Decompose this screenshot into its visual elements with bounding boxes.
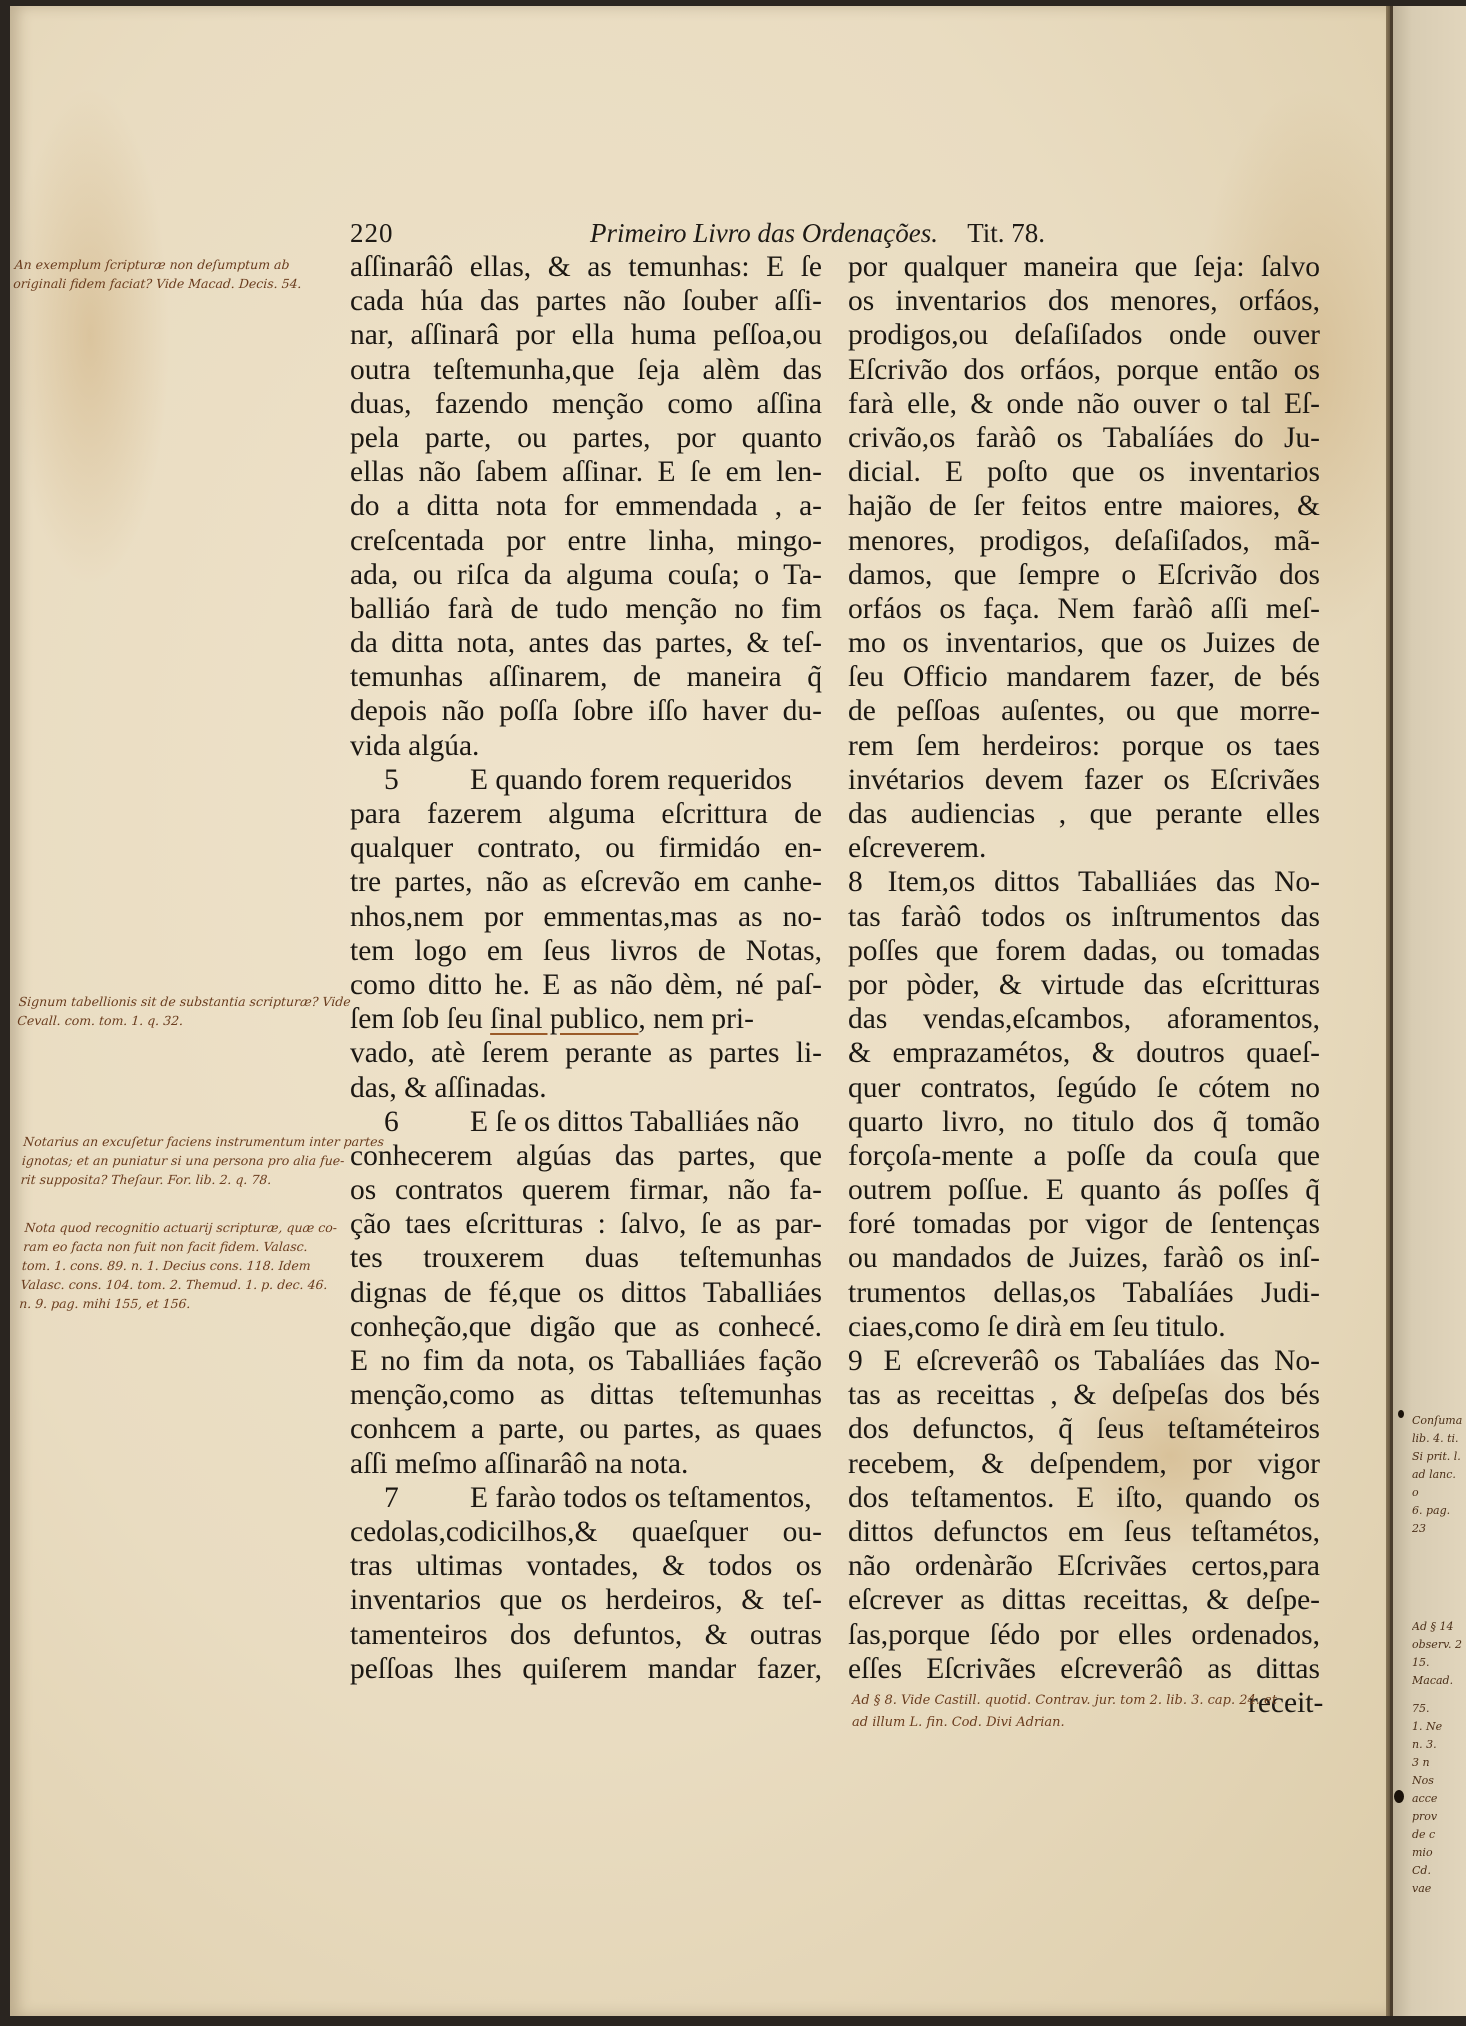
note-line: rit supposita? Theſaur. For. lib. 2. q. … (20, 1170, 382, 1189)
text-line: tamenteiros dos defuntos, & outras (350, 1618, 822, 1652)
text-line: ada, ou riſca da alguma couſa; o Ta- (350, 558, 822, 592)
title-number: Tit. 78. (967, 218, 1045, 249)
text-line: conhcem a parte, ou partes, as quaes (350, 1412, 822, 1446)
note-line: vae (1412, 1880, 1466, 1898)
text-line: os contratos querem firmar, não fa- (350, 1173, 822, 1207)
edge-note: 75. 1. Ne n. 3. 3 n Nos acce prov de c m… (1412, 1700, 1466, 1898)
note-line: Cd. (1412, 1862, 1466, 1880)
note-line: n. 3. (1412, 1736, 1466, 1754)
paragraph-6: 6E ſe os dittos Taballiáes não conhecere… (350, 1105, 822, 1481)
text-line: tas faràô todos os inſtrumentos das (848, 900, 1320, 934)
note-line: Ad § 14 (1412, 1618, 1466, 1636)
text-line: ſas,porque ſédo por elles ordenados, (848, 1618, 1320, 1652)
text-line: tras ultimas vontades, & todos os (350, 1549, 822, 1583)
text-line: ção taes eſcritturas : ſalvo, ſe as par- (350, 1207, 822, 1241)
text-line: tes trouxerem duas teſtemunhas (350, 1241, 822, 1275)
text-line: E eſcreverâô os Tabalíáes das No- (884, 1345, 1321, 1377)
note-line: ad illum L. fin. Cod. Divi Adrian. (852, 1712, 1277, 1734)
text-line: creſcentada por entre linha, mingo- (350, 524, 822, 558)
note-line: Conſuma (1412, 1412, 1466, 1430)
text-line: crivão,os faràô os Tabalíáes do Ju- (848, 421, 1320, 455)
text-line: orfáos os faça. Nem faràô aſſi meſ- (848, 592, 1320, 626)
text-line: & emprazamétos, & doutros quaeſ- (848, 1036, 1320, 1070)
text-line: ou mandados de Juizes, faràô os inſ- (848, 1241, 1320, 1275)
note-line: prov (1412, 1808, 1466, 1826)
text-line: E ſe os dittos Taballiáes não (470, 1106, 799, 1138)
text-line: invétarios devem fazer os Eſcrivães (848, 763, 1320, 797)
text-line: foré tomadas por vigor de ſentenças (848, 1207, 1320, 1241)
note-line: Cevall. com. tom. 1. q. 32. (17, 1011, 350, 1030)
text-line: nar, aſſinarâ por ella huma peſſoa,ou (350, 318, 822, 352)
text-line: , nem pri- (638, 1003, 754, 1035)
note-line: lib. 4. ti. (1412, 1430, 1466, 1448)
note-line: de c (1412, 1826, 1466, 1844)
text-line: forçoſa-mente a poſſe da couſa que (848, 1139, 1320, 1173)
paragraph-number: 8 (848, 866, 869, 898)
text-line: por qualquer maneira que ſeja: ſalvo (848, 250, 1320, 284)
text-line: cada húa das partes não ſouber aſſi- (350, 284, 822, 318)
note-line: Si prit. l. (1412, 1448, 1466, 1466)
text-line: ellas não ſabem aſſinar. E ſe em len- (350, 455, 822, 489)
text-line: não ordenàrão Eſcrivães certos,para (848, 1549, 1320, 1583)
marginal-note: Nota quod recognitio actuarij scripturæ,… (19, 1218, 338, 1313)
note-line: Nota quod recognitio actuarij scripturæ,… (24, 1218, 338, 1237)
paragraph-9: 9 E eſcreverâô os Tabalíáes das No- tas … (848, 1344, 1320, 1686)
text-line: temunhas aſſinarem, de maneira q̃ (350, 660, 822, 694)
text-line: tem logo em ſeus livros de Notas, (350, 934, 822, 968)
text-line: das audiencias , que perante elles (848, 797, 1320, 831)
left-text-column: aſſinarâô ellas, & as temunhas: E ſe cad… (350, 250, 822, 1686)
text-line: ſem ſob ſeu (350, 1003, 483, 1035)
text-line: do a ditta nota for emmendada , a- (350, 489, 822, 523)
note-line: tom. 1. cons. 89. n. 1. Decius cons. 118… (21, 1256, 335, 1275)
text-line: quarto livro, no titulo dos q̃ tomão (848, 1105, 1320, 1139)
page-number: 220 (350, 218, 394, 249)
edge-note: Ad § 14 observ. 2 15. Macad. (1412, 1618, 1466, 1690)
text-line: dos defunctos, q̃ ſeus teſtaméteiros (848, 1412, 1320, 1446)
note-line: Ad § 8. Vide Castill. quotid. Contrav. j… (852, 1690, 1277, 1712)
ink-blot (1398, 1410, 1404, 1418)
text-line: como ditto he. E as não dèm, né paſ- (350, 968, 822, 1002)
text-line: das, & aſſinadas. (350, 1071, 822, 1105)
note-line: observ. 2 (1412, 1636, 1466, 1654)
text-line: depois não poſſa ſobre iſſo haver du- (350, 694, 822, 728)
text-line: conheção,que digão que as conhecé. (350, 1310, 822, 1344)
bottom-marginal-note: Ad § 8. Vide Castill. quotid. Contrav. j… (852, 1690, 1277, 1734)
edge-note: Conſuma lib. 4. ti. Si prit. l. ad lanc.… (1412, 1412, 1466, 1538)
text-line: E no fim da nota, os Taballiáes fação (350, 1344, 822, 1378)
paragraph-number: 9 (848, 1345, 869, 1377)
text-line: pela parte, ou partes, por quanto (350, 421, 822, 455)
running-head: 220 Primeiro Livro das Ordenações. Tit. … (350, 218, 1060, 252)
text-line: dignas de fé,que os dittos Taballiáes (350, 1276, 822, 1310)
paragraph-8: 8 Item,os dittos Taballiáes das No- tas … (848, 865, 1320, 1344)
note-line: Macad. (1412, 1672, 1466, 1690)
note-line: ad lanc. o (1412, 1466, 1466, 1502)
text-line: cedolas,codicilhos,& quaeſquer ou- (350, 1515, 822, 1549)
note-line: ignotas; et an puniatur si una persona p… (21, 1151, 383, 1170)
text-line: outra teſtemunha,que ſeja alèm das (350, 353, 822, 387)
text-line: menção,como as dittas teſtemunhas (350, 1378, 822, 1412)
paragraph-5: 5E quando forem requeridos para fazerem … (350, 763, 822, 1105)
text-line: ciaes,como ſe dirà em ſeu titulo. (848, 1310, 1320, 1344)
text-line: vida algúa. (350, 729, 822, 763)
note-line: originali fidem faciat? Vide Macad. Deci… (13, 274, 303, 293)
paragraph-number: 5 (350, 763, 470, 797)
text-line: dittos defunctos em ſeus teſtamétos, (848, 1515, 1320, 1549)
text-line: E farào todos os teſtamentos, (470, 1482, 812, 1514)
note-line: 75. (1412, 1700, 1466, 1718)
text-line: nhos,nem por emmentas,mas as no- (350, 900, 822, 934)
text-line: eſſes Eſcrivães eſcreverâô as dittas (848, 1652, 1320, 1686)
text-line: peſſoas lhes quiſerem mandar fazer, (350, 1652, 822, 1686)
note-line: Signum tabellionis sit de substantia scr… (18, 992, 351, 1011)
text-line: tre partes, não as eſcrevão em canhe- (350, 865, 822, 899)
text-line: por pòder, & virtude das eſcritturas (848, 968, 1320, 1002)
text-line: poſſes que forem dadas, ou tomadas (848, 934, 1320, 968)
right-text-column: por qualquer maneira que ſeja: ſalvo os … (848, 250, 1320, 1686)
note-line: ram eo facta non fuit non facit fidem. V… (23, 1237, 337, 1256)
text-line: trumentos dellas,os Tabalíáes Judi- (848, 1276, 1320, 1310)
text-line: eſcreverem. (848, 831, 1320, 865)
text-line: farà elle, & onde não ouver o tal Eſ- (848, 387, 1320, 421)
text-line: damos, que ſempre o Eſcrivão dos (848, 558, 1320, 592)
text-line: duas, fazendo menção como aſſina (350, 387, 822, 421)
note-line: acce (1412, 1790, 1466, 1808)
text-line: prodigos,ou deſaſiſados onde ouver (848, 318, 1320, 352)
text-line: para fazerem alguma eſcrittura de (350, 797, 822, 831)
text-line: quer contratos, ſegúdo ſe cótem no (848, 1071, 1320, 1105)
text-line: os inventarios dos menores, orfáos, (848, 284, 1320, 318)
handwritten-underline: ſinal publico (490, 1003, 638, 1035)
text-line: Item,os dittos Taballiáes das No- (888, 866, 1320, 898)
text-line: qualquer contrato, ou firmidáo en- (350, 831, 822, 865)
text-line: menores, prodigos, deſaſiſados, mã- (848, 524, 1320, 558)
text-line: de peſſoas auſentes, ou que morre- (848, 694, 1320, 728)
note-line: n. 9. pag. mihi 155, et 156. (19, 1294, 333, 1313)
text-line: tas as receittas , & deſpeſas dos bés (848, 1378, 1320, 1412)
note-line: Notarius an excuſetur faciens instrument… (23, 1132, 385, 1151)
text-line: ſeu Officio mandarem fazer, de bés (848, 660, 1320, 694)
text-line: Eſcrivão dos orfáos, porque então os (848, 353, 1320, 387)
text-line: balliáo farà de tudo menção no fim (350, 592, 822, 626)
text-line: aſſinarâô ellas, & as temunhas: E ſe (350, 250, 822, 284)
paragraph-7: 7E farào todos os teſtamentos, cedolas,c… (350, 1481, 822, 1686)
water-stain (10, 86, 170, 586)
text-line: aſſi meſmo aſſinarâô na nota. (350, 1447, 822, 1481)
note-line: 15. (1412, 1654, 1466, 1672)
marginal-note: An exemplum ſcripturæ non deſumptum ab o… (13, 255, 304, 293)
text-line: inventarios que os herdeiros, & teſ- (350, 1583, 822, 1617)
note-line: 3 n (1412, 1754, 1466, 1772)
note-line: Valasc. cons. 104. tom. 2. Themud. 1. p.… (20, 1275, 334, 1294)
marginal-note: Signum tabellionis sit de substantia scr… (17, 992, 352, 1030)
text-line: recebem, & deſpendem, por vigor (848, 1447, 1320, 1481)
note-line: mio (1412, 1844, 1466, 1862)
text-line: dicial. E poſto que os inventarios (848, 455, 1320, 489)
note-line: 1. Ne (1412, 1718, 1466, 1736)
paragraph-number: 7 (350, 1481, 470, 1515)
text-line: outrem poſſue. E quanto ás poſſes q̃ (848, 1173, 1320, 1207)
text-line: mo os inventarios, que os Juizes de (848, 626, 1320, 660)
ink-blot (1394, 1790, 1404, 1803)
note-line: 6. pag. 23 (1412, 1502, 1466, 1538)
text-line: hajão de ſer feitos entre maiores, & (848, 489, 1320, 523)
text-line: das vendas,eſcambos, aforamentos, (848, 1002, 1320, 1036)
note-line: Nos (1412, 1772, 1466, 1790)
text-line: rem ſem herdeiros: porque os taes (848, 729, 1320, 763)
note-line: An exemplum ſcripturæ non deſumptum ab (14, 255, 304, 274)
text-line: E quando forem requeridos (470, 764, 792, 796)
marginal-note: Notarius an excuſetur faciens instrument… (20, 1132, 385, 1189)
text-line: vado, atè ſerem perante as partes li- (350, 1036, 822, 1070)
text-line: dos teſtamentos. E iſto, quando os (848, 1481, 1320, 1515)
book-title: Primeiro Livro das Ordenações. (590, 218, 938, 249)
text-line: conhecerem algúas das partes, que (350, 1139, 822, 1173)
text-line: eſcrever as dittas receittas, & deſpe- (848, 1583, 1320, 1617)
text-line: da ditta nota, antes das partes, & teſ- (350, 626, 822, 660)
